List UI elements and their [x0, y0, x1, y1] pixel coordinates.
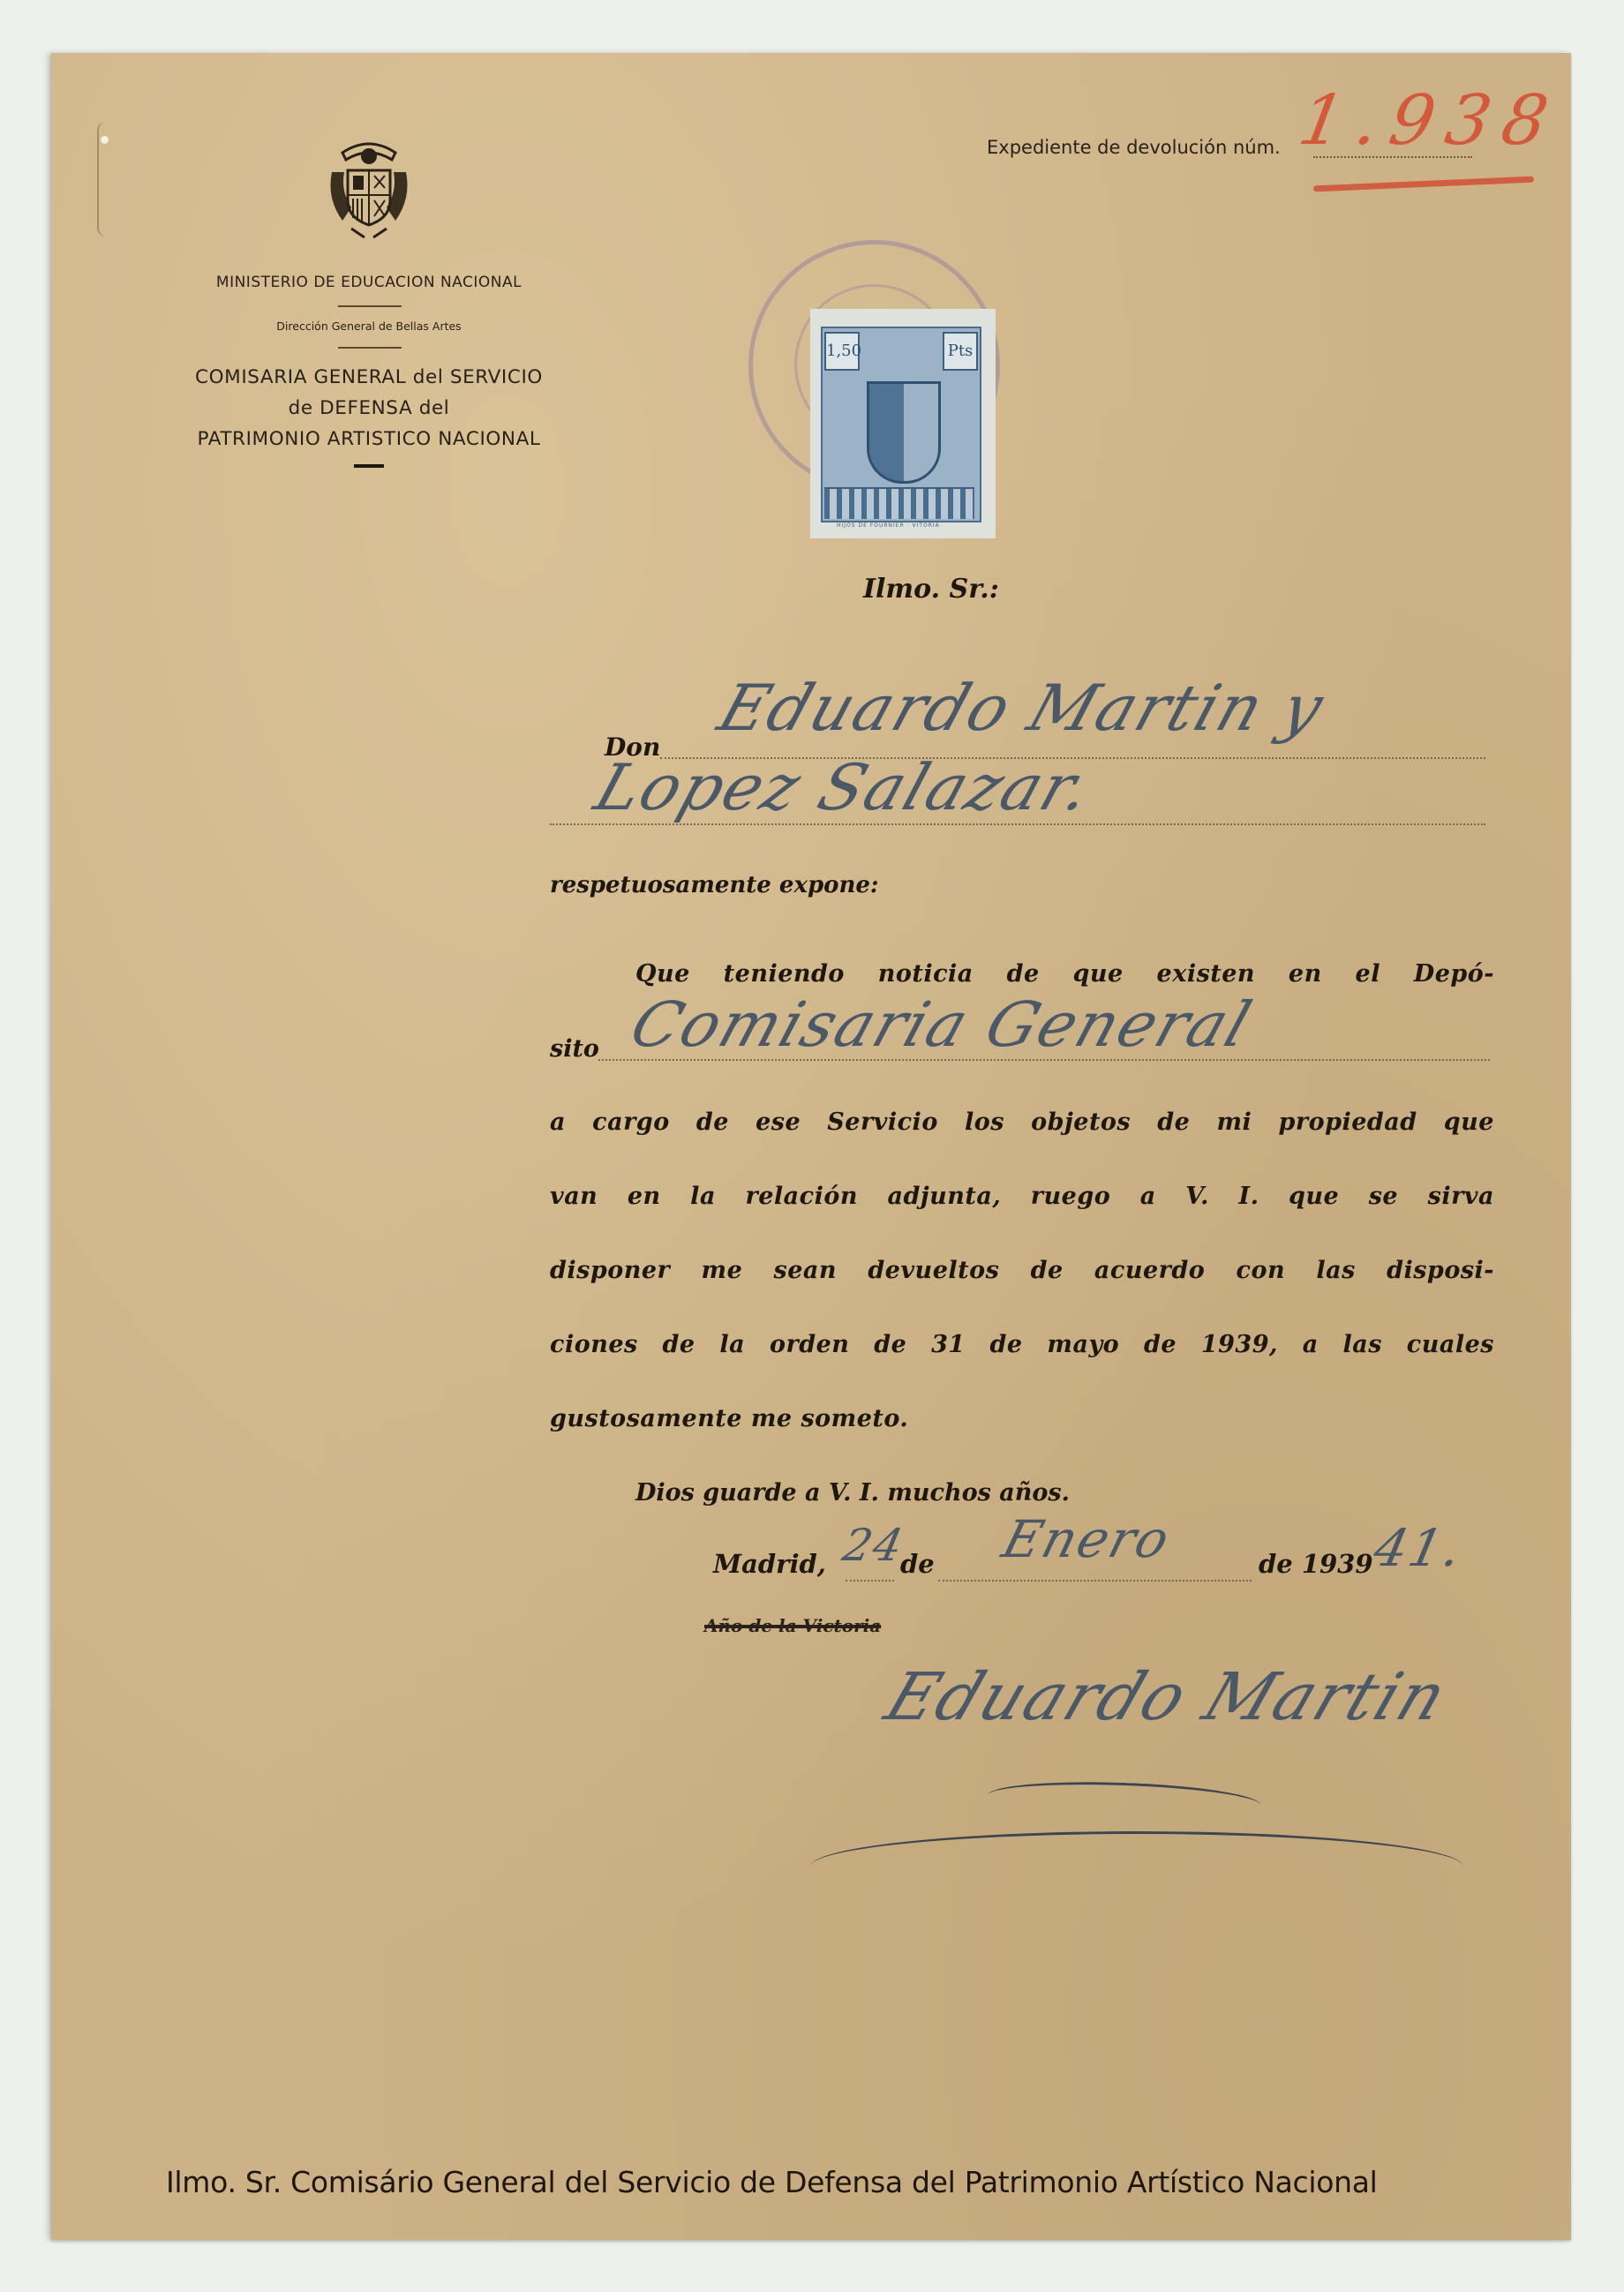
stamp-ornament [824, 487, 974, 519]
date-month-line [938, 1580, 1252, 1582]
commission-line-1: COMISARIA GENERAL del SERVICIO [122, 362, 616, 393]
date-day-line [846, 1580, 894, 1582]
applicant-name-line-2: Lopez Salazar. [586, 750, 1101, 824]
commission-line-3: PATRIMONIO ARTISTICO NACIONAL [122, 424, 616, 455]
body-line-7: gustosamente me someto. [550, 1405, 1494, 1432]
closing: Dios guarde a V. I. muchos años. [635, 1479, 1070, 1507]
intro-text: respetuosamente expone: [550, 872, 879, 898]
red-pencil-underline [1313, 177, 1534, 192]
divider [354, 464, 384, 468]
date-month: Enero [996, 1509, 1177, 1569]
file-number-label: Expediente de devolución núm. [987, 137, 1281, 158]
deposit-label: sito [550, 1035, 599, 1063]
stamp-value: 1,50 [824, 332, 860, 371]
date-city: Madrid, [713, 1549, 826, 1579]
applicant-name-line-1: Eduardo Martin y [710, 671, 1334, 745]
coat-of-arms-stamp-icon [867, 381, 941, 484]
body-line-1: Que teniendo noticia de que existen en e… [635, 960, 1494, 988]
stamp-printer: HIJOS DE FOURNIER · VITORIA [837, 522, 940, 529]
commission-name: COMISARIA GENERAL del SERVICIO de DEFENS… [122, 362, 616, 455]
file-number-value: 1.938 [1293, 81, 1566, 161]
deposit-value: Comisaria General [622, 988, 1261, 1061]
direction-name: Dirección General de Bellas Artes [122, 319, 616, 333]
divider [338, 305, 402, 307]
fiscal-stamp: 1,50 Pts HIJOS DE FOURNIER · VITORIA [810, 309, 996, 538]
ministry-name: MINISTERIO DE EDUCACION NACIONAL [122, 274, 616, 291]
date-year-correction: 41. [1369, 1518, 1469, 1578]
coat-of-arms-icon [325, 137, 413, 241]
date-year-printed: de 1939 [1259, 1549, 1373, 1579]
body-line-4: van en la relación adjunta, ruego a V. I… [550, 1183, 1494, 1210]
body-line-6: ciones de la orden de 31 de mayo de 1939… [550, 1331, 1494, 1358]
struck-motto: Año de la Victoria [704, 1615, 881, 1636]
divider [338, 347, 402, 349]
staple-hole [101, 136, 109, 144]
footer-addressee: Ilmo. Sr. Comisário General del Servicio… [166, 2165, 1378, 2199]
document-page: MINISTERIO DE EDUCACION NACIONAL Direcci… [51, 53, 1571, 2240]
body-line-5: disponer me sean devueltos de acuerdo co… [550, 1257, 1494, 1284]
date-de: de [900, 1549, 935, 1579]
stamp-currency: Pts [943, 332, 978, 371]
salutation: Ilmo. Sr.: [863, 574, 999, 605]
commission-line-2: de DEFENSA del [122, 393, 616, 424]
date-day: 24 [838, 1520, 909, 1571]
stamp-frame: 1,50 Pts [821, 327, 981, 522]
body-line-3: a cargo de ese Servicio los objetos de m… [550, 1108, 1494, 1136]
signature-underline [810, 1831, 1463, 1887]
signature: Eduardo Martin [876, 1659, 1458, 1735]
